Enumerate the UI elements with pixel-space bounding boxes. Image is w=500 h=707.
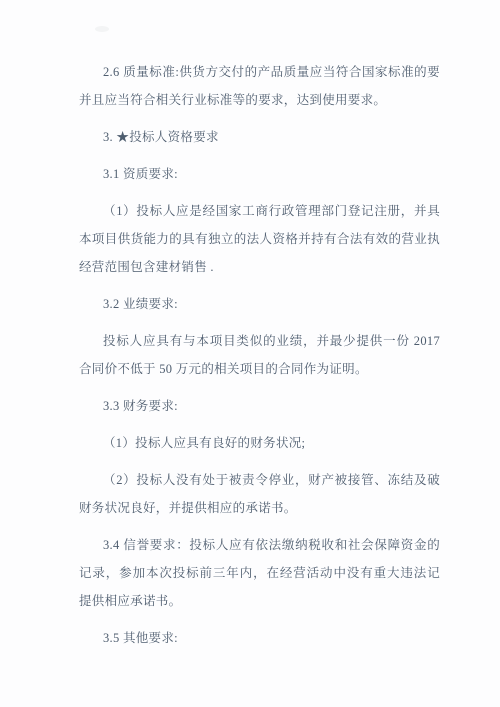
- paragraph-financial-requirement-heading: 3.3 财务要求:: [79, 392, 440, 420]
- document-line: 投标人应具有与本项目类似的业绩，并最少提供一份 2017 年至今: [79, 327, 440, 355]
- document-line: 合同价不低于 50 万元的相关项目的合同作为证明。: [79, 355, 440, 383]
- document-line: （2）投标人没有处于被责令停业，财产被接管、冻结及破产状态，: [79, 466, 440, 494]
- document-line: 3.4 信誉要求：投标人应有依法缴纳税收和社会保障资金的良好: [79, 531, 440, 559]
- paragraph-qualification-requirement-heading: 3.1 资质要求:: [79, 160, 440, 188]
- document-page: 2.6 质量标准:供货方交付的产品质量应当符合国家标准的要求，并且应当符合相关行…: [0, 0, 500, 707]
- document-line: 经营范围包含建材销售 .: [79, 253, 440, 281]
- paragraph-financial-item-1: （1）投标人应具有良好的财务状况;: [79, 429, 440, 457]
- paragraph-qualification-item-1: （1）投标人应是经国家工商行政管理部门登记注册，并具有完成本项目供货能力的具有独…: [79, 197, 440, 281]
- document-line: 3.1 资质要求:: [79, 160, 440, 188]
- paragraph-other-requirement-heading: 3.5 其他要求:: [79, 624, 440, 652]
- document-line: 3. ★投标人资格要求: [79, 123, 440, 151]
- paragraph-quality-standard-clause: 2.6 质量标准:供货方交付的产品质量应当符合国家标准的要求，并且应当符合相关行…: [79, 58, 440, 114]
- document-line: 3.2 业绩要求:: [79, 290, 440, 318]
- scan-smudge: [95, 26, 109, 32]
- document-line: 记录，参加本次投标前三年内，在经营活动中没有重大违法记录，并: [79, 559, 440, 587]
- document-line: 2.6 质量标准:供货方交付的产品质量应当符合国家标准的要求，: [79, 58, 440, 86]
- document-line: 3.3 财务要求:: [79, 392, 440, 420]
- paragraph-credit-requirement-clause: 3.4 信誉要求：投标人应有依法缴纳税收和社会保障资金的良好记录，参加本次投标前…: [79, 531, 440, 615]
- paragraph-bidder-qualification-heading: 3. ★投标人资格要求: [79, 123, 440, 151]
- document-line: 3.5 其他要求:: [79, 624, 440, 652]
- document-line: （1）投标人应是经国家工商行政管理部门登记注册，并具有完成: [79, 197, 440, 225]
- paragraph-performance-requirement-body: 投标人应具有与本项目类似的业绩，并最少提供一份 2017 年至今合同价不低于 5…: [79, 327, 440, 383]
- document-line: 提供相应承诺书。: [79, 587, 440, 615]
- paragraph-financial-item-2: （2）投标人没有处于被责令停业，财产被接管、冻结及破产状态，财务状况良好，并提供…: [79, 466, 440, 522]
- document-line: 本项目供货能力的具有独立的法人资格并持有合法有效的营业执照；: [79, 225, 440, 253]
- document-line: 财务状况良好，并提供相应的承诺书。: [79, 494, 440, 522]
- document-line: 并且应当符合相关行业标准等的要求，达到使用要求。: [79, 86, 440, 114]
- document-line: （1）投标人应具有良好的财务状况;: [79, 429, 440, 457]
- document-body: 2.6 质量标准:供货方交付的产品质量应当符合国家标准的要求，并且应当符合相关行…: [79, 58, 440, 652]
- paragraph-performance-requirement-heading: 3.2 业绩要求:: [79, 290, 440, 318]
